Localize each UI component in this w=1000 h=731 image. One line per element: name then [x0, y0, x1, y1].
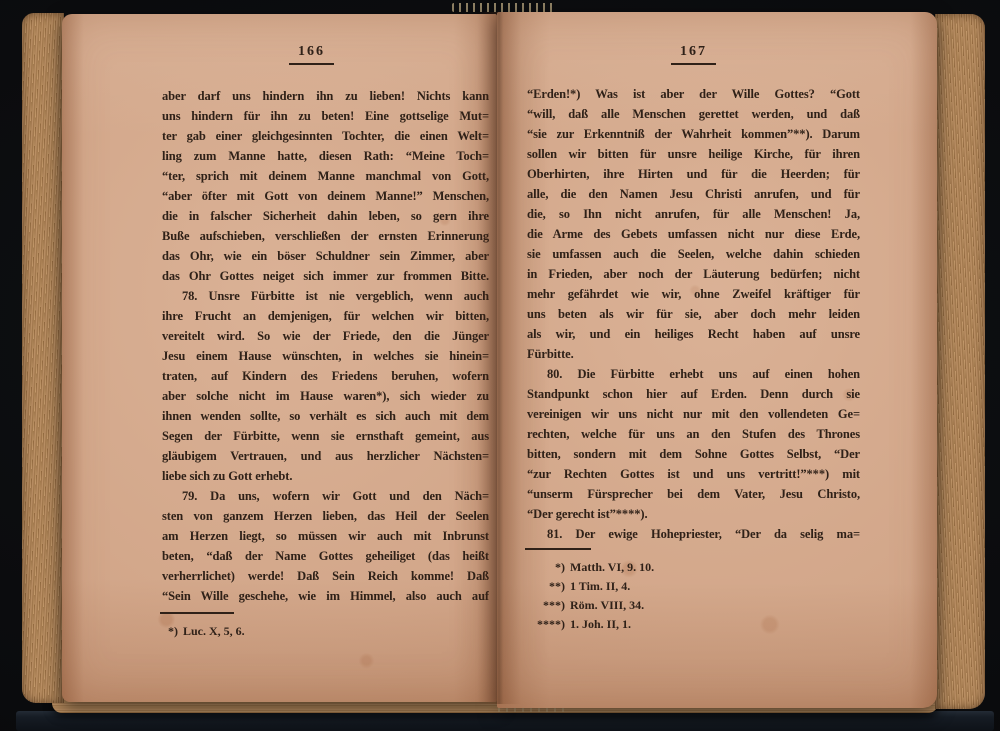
text-line: “aber öfter mit Gott von deinem Manne!” … [162, 186, 489, 206]
text-line: “Der gerecht ist”****). [527, 504, 860, 524]
text-line: bitten, sondern mit dem Sohne Gottes Sel… [527, 444, 860, 464]
text-line: Standpunkt schon hier auf Erden. Denn du… [527, 384, 860, 404]
text-line: rechten, welche für uns an den Stufen de… [527, 424, 860, 444]
page-166: 166 aber darf uns hindern ihn zu lieben!… [62, 14, 497, 702]
text-line: in Frieden, aber noch der Läuterung bedü… [527, 264, 860, 284]
text-line: “Sein Wille geschehe, wie im Himmel, als… [162, 586, 489, 606]
text-line: gläubigem Vertrauen, und aus herzlicher … [162, 446, 489, 466]
text-line: Segen der Fürbitte, wenn sie ernsthaft g… [162, 426, 489, 446]
page-167: 167 “Erden!*) Was ist aber der Wille Got… [497, 12, 937, 708]
footnote-marker: *) [162, 622, 178, 641]
footnote-text: Luc. X, 5, 6. [183, 624, 245, 638]
text-line: das Ohr, wie ein böser Schuldner sein Zi… [162, 246, 489, 266]
book-gutter [477, 12, 521, 704]
page-number-label: 166 [289, 44, 334, 65]
text-line: ling zum Manne hatte, diesen Rath: “Mein… [162, 146, 489, 166]
footnote-marker: ***) [527, 596, 565, 615]
text-line: Fürbitte. [527, 344, 860, 364]
screenshot-root: { "photo": { "background_color": "#0b0c0… [0, 0, 1000, 731]
text-line: vereinigen wir uns nicht nur mit den vol… [527, 404, 860, 424]
footnote-separator-right [525, 548, 591, 550]
text-line: verherrlichet) werde! Daß Sein Reich kom… [162, 566, 489, 586]
book-photo: 166 aber darf uns hindern ihn zu lieben!… [0, 0, 1000, 731]
footnote-marker: **) [527, 577, 565, 596]
text-line: “unserm Fürsprecher bei dem Vater, Jesu … [527, 484, 860, 504]
text-line: 80. Die Fürbitte erhebt uns auf einen ho… [527, 364, 860, 384]
text-line: “sie zur Erkenntniß der Wahrheit kommen”… [527, 124, 860, 144]
footnote-text: Matth. VI, 9. 10. [570, 560, 654, 574]
text-line: am Herzen liegt, so müssen wir auch mit … [162, 526, 489, 546]
text-line: als wir, und ein heiliges Recht haben au… [527, 324, 860, 344]
text-line: vereitelt wird. So wie der Friede, den d… [162, 326, 489, 346]
text-line: sollen wir bitten für unsre heilige Kirc… [527, 144, 860, 164]
text-line: mehr gefährdet wie wir, ohne Zweifel krä… [527, 284, 860, 304]
text-line: ihnen wenden sollte, so verhält es sich … [162, 406, 489, 426]
page-number-label: 167 [671, 44, 716, 65]
text-line: 79. Da uns, wofern wir Gott und den Näch… [162, 486, 489, 506]
page-text-right: “Erden!*) Was ist aber der Wille Gottes?… [527, 84, 860, 544]
footnote: *)Luc. X, 5, 6. [162, 622, 489, 641]
text-line: uns hindern für ihn zu beten! Eine gotts… [162, 106, 489, 126]
page-number-right: 167 [527, 42, 860, 65]
text-line: sie umfassen auch die Seelen, welche dah… [527, 244, 860, 264]
text-line: 81. Der ewige Hohepriester, “Der da seli… [527, 524, 860, 544]
footnote-separator-left [160, 612, 234, 614]
text-line: 78. Unsre Fürbitte ist nie vergeblich, w… [162, 286, 489, 306]
footnote-text: Röm. VIII, 34. [570, 598, 644, 612]
page-text-left: aber darf uns hindern ihn zu lieben! Nic… [162, 86, 489, 606]
text-line: die in falscher Sicherheit dahin leben, … [162, 206, 489, 226]
text-line: traten, auf Kindern des Friedens beruhen… [162, 366, 489, 386]
binding-stitch-top-icon [452, 3, 556, 12]
text-line: aber darf uns hindern ihn zu lieben! Nic… [162, 86, 489, 106]
page-number-left: 166 [148, 42, 475, 65]
footnote-marker: ****) [527, 615, 565, 634]
text-line: aber solche nicht im Hause waren*), sich… [162, 386, 489, 406]
book-cover-bottom [16, 711, 994, 731]
text-line: Jesu einem Hause wünschten, in welches s… [162, 346, 489, 366]
footnote-text: 1. Joh. II, 1. [570, 617, 631, 631]
text-line: liebe sich zu Gott erhebt. [162, 466, 489, 486]
fore-edge-right [935, 14, 985, 709]
text-line: alle, die den Namen Jesu Christi anrufen… [527, 184, 860, 204]
text-line: Oberhirten, ihre Hirten und für die Heer… [527, 164, 860, 184]
text-line: die Arme des Gebets umfassen nicht nur d… [527, 224, 860, 244]
footnote: **)1 Tim. II, 4. [527, 577, 860, 596]
text-line: “ter, sprich mit deinem Manne manchmal v… [162, 166, 489, 186]
text-line: ihre Frucht an demjenigen, für welchen w… [162, 306, 489, 326]
footnotes-left: *)Luc. X, 5, 6. [162, 622, 489, 641]
footnote: ***)Röm. VIII, 34. [527, 596, 860, 615]
footnote-text: 1 Tim. II, 4. [570, 579, 630, 593]
text-line: das Ohr Gottes neiget sich immer zur fro… [162, 266, 489, 286]
text-line: uns beten als wir für sie, aber doch meh… [527, 304, 860, 324]
footnote: *)Matth. VI, 9. 10. [527, 558, 860, 577]
fore-edge-left [22, 13, 64, 703]
text-line: ter gab einer gleichgesinnten Tochter, d… [162, 126, 489, 146]
text-line: “zur Rechten Gottes ist und uns vertritt… [527, 464, 860, 484]
footnotes-right: *)Matth. VI, 9. 10.**)1 Tim. II, 4.***)R… [527, 558, 860, 634]
text-line: beten, “daß der Name Gottes geheiliget (… [162, 546, 489, 566]
footnote: ****)1. Joh. II, 1. [527, 615, 860, 634]
text-line: “will, daß alle Menschen gerettet werden… [527, 104, 860, 124]
text-line: sten von ganzem Herzen lieben, das Heil … [162, 506, 489, 526]
text-line: “Erden!*) Was ist aber der Wille Gottes?… [527, 84, 860, 104]
footnote-marker: *) [527, 558, 565, 577]
text-line: die, so Ihn nicht anrufen, für alle Mens… [527, 204, 860, 224]
text-line: Buße aufschieben, verschließen der ernst… [162, 226, 489, 246]
